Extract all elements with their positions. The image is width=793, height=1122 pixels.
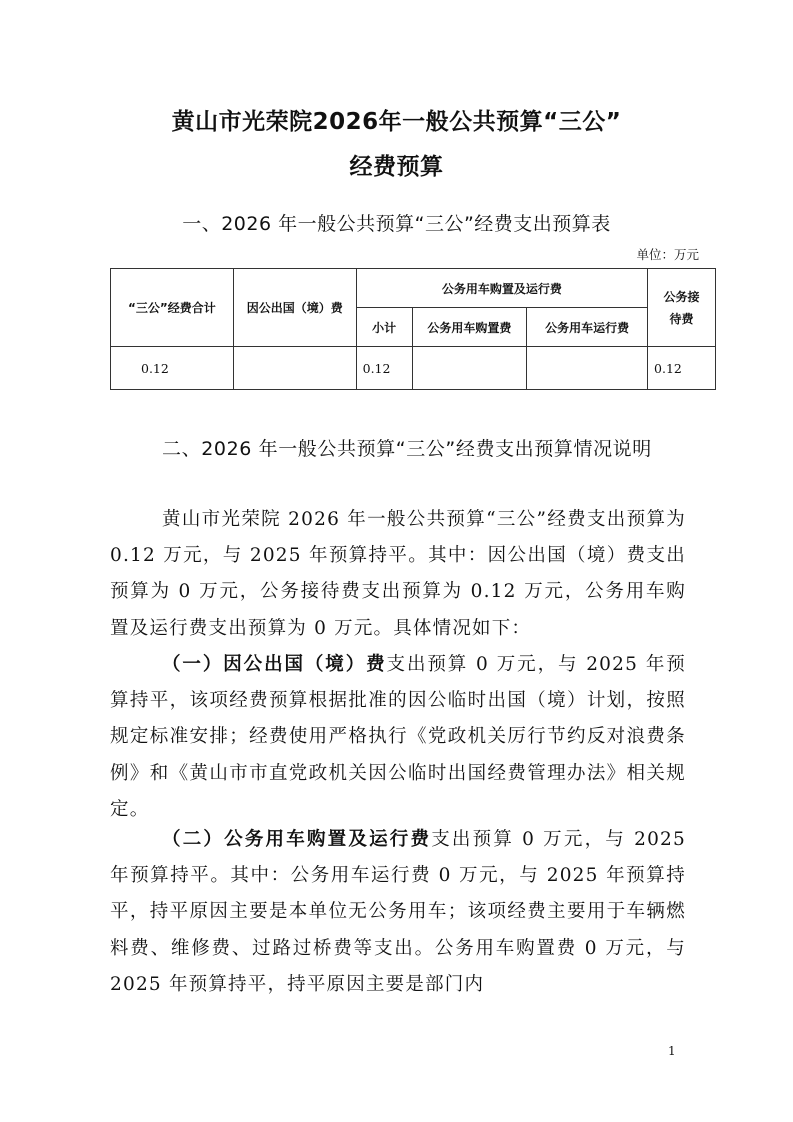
cell-vehicle-operation <box>527 347 648 390</box>
cell-overseas <box>233 347 356 390</box>
header-vehicle-group: 公务用车购置及运行费 <box>356 269 647 308</box>
document-title-line1: 黄山市光荣院2026年一般公共预算“三公” <box>0 103 793 136</box>
header-overseas: 因公出国（境）费 <box>233 269 356 347</box>
cell-vehicle-purchase <box>412 347 527 390</box>
section2-heading: 二、2026 年一般公共预算“三公”经费支出预算情况说明 <box>110 430 690 468</box>
header-vehicle-purchase: 公务用车购置费 <box>412 308 527 347</box>
paragraph-overseas-heading: （一）因公出国（境）费 <box>162 654 387 675</box>
cell-reception: 0.12 <box>648 347 716 390</box>
cell-vehicle-subtotal: 0.12 <box>356 347 412 390</box>
unit-label: 单位：万元 <box>636 245 699 263</box>
table-header-row: “三公”经费合计 因公出国（境）费 公务用车购置及运行费 公务接待费 <box>111 269 716 308</box>
paragraph-vehicle: （二）公务用车购置及运行费支出预算 0 万元，与 2025 年预算持平。其中：公… <box>110 822 686 1003</box>
paragraph-overseas-body: 支出预算 0 万元，与 2025 年预算持平，该项经费预算根据批准的因公临时出国… <box>110 654 686 820</box>
header-total: “三公”经费合计 <box>111 269 234 347</box>
table-row: 0.12 0.12 0.12 <box>111 347 716 390</box>
header-reception: 公务接待费 <box>648 269 716 347</box>
document-title-line2: 经费预算 <box>0 148 793 181</box>
paragraph-summary: 黄山市光荣院 2026 年一般公共预算“三公”经费支出预算为 0.12 万元，与… <box>110 502 686 647</box>
section1-heading: 一、2026 年一般公共预算“三公”经费支出预算表 <box>0 209 793 236</box>
page-number: 1 <box>668 1044 676 1058</box>
paragraph-overseas: （一）因公出国（境）费支出预算 0 万元，与 2025 年预算持平，该项经费预算… <box>110 647 686 828</box>
paragraph-vehicle-heading: （二）公务用车购置及运行费 <box>162 829 431 850</box>
header-vehicle-operation: 公务用车运行费 <box>527 308 648 347</box>
cell-total: 0.12 <box>111 347 234 390</box>
header-vehicle-subtotal: 小计 <box>356 308 412 347</box>
paragraph-vehicle-body: 支出预算 0 万元，与 2025 年预算持平。其中：公务用车运行费 0 万元，与… <box>110 829 686 995</box>
three-public-budget-table: “三公”经费合计 因公出国（境）费 公务用车购置及运行费 公务接待费 小计 公务… <box>110 268 716 390</box>
